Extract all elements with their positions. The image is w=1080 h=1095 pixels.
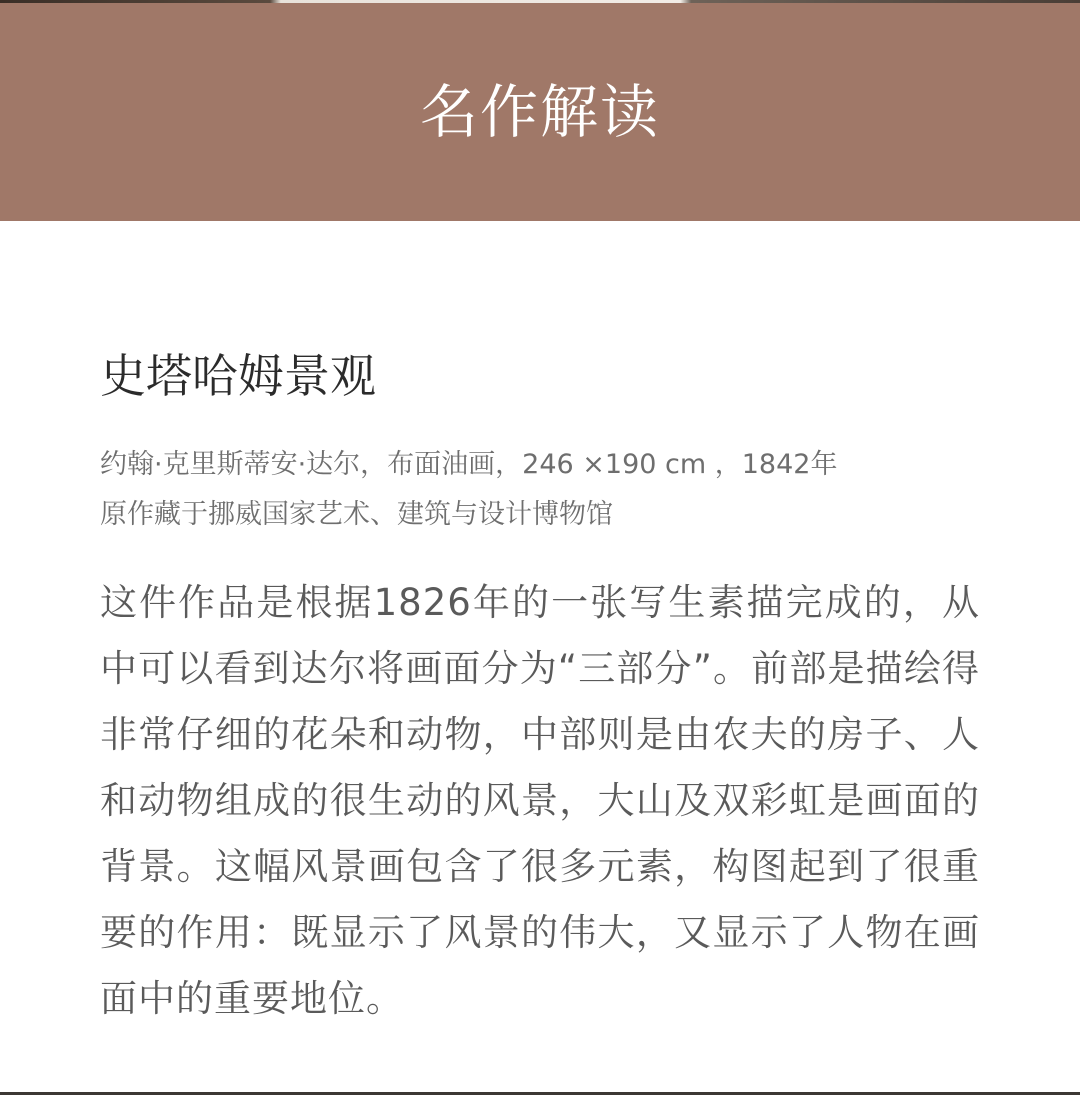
artwork-title: 史塔哈姆景观 xyxy=(100,340,990,412)
section-title: 名作解读 xyxy=(420,65,660,149)
artwork-content: 史塔哈姆景观 约翰·克里斯蒂安·达尔，布面油画，246 ×190 cm ，184… xyxy=(100,340,990,1032)
artwork-meta-collection: 原作藏于挪威国家艺术、建筑与设计博物馆 xyxy=(100,490,990,540)
artwork-meta: 约翰·克里斯蒂安·达尔，布面油画，246 ×190 cm ，1842年 原作藏于… xyxy=(100,440,990,540)
section-header: 名作解读 xyxy=(0,3,1080,221)
artwork-meta-artist-medium-size-year: 约翰·克里斯蒂安·达尔，布面油画，246 ×190 cm ，1842年 xyxy=(100,440,990,490)
artwork-description: 这件作品是根据1826年的一张写生素描完成的，从中可以看到达尔将画面分为“三部分… xyxy=(100,570,980,1032)
